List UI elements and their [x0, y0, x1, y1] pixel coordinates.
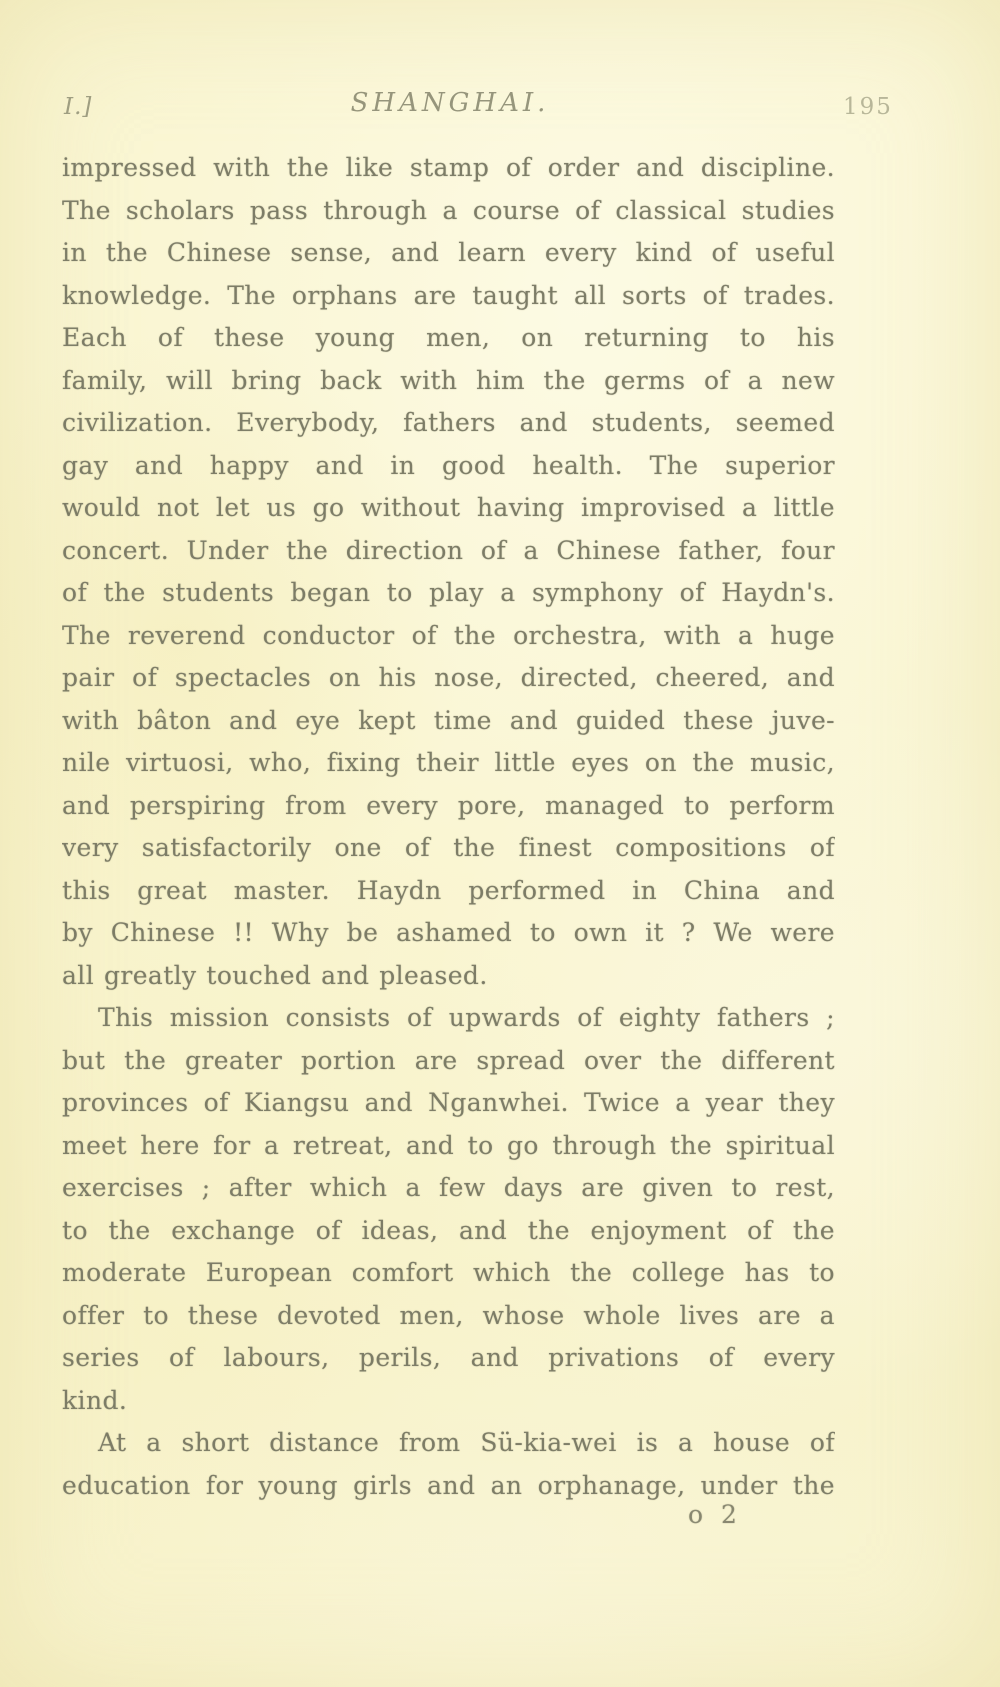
text-line: gay and happy and in good health. The su… [62, 445, 835, 488]
page-number: 195 [843, 94, 893, 120]
text-line: family, will bring back with him the ger… [62, 360, 835, 403]
text-line: and perspiring from every pore, managed … [62, 785, 835, 828]
text-line: of the students began to play a symphony… [62, 572, 835, 615]
text-line: This mission consists of upwards of eigh… [62, 997, 835, 1040]
text-line: all greatly touched and pleased. [62, 955, 835, 998]
text-line: concert. Under the direction of a Chines… [62, 530, 835, 573]
text-line: with bâton and eye kept time and guided … [62, 700, 835, 743]
text-line: very satisfactorily one of the finest co… [62, 827, 835, 870]
printer-signature-mark: o 2 [688, 1500, 737, 1529]
text-line: to the exchange of ideas, and the enjoym… [62, 1210, 835, 1253]
running-header: I.] SHANGHAI. 195 [0, 88, 1000, 128]
text-line: knowledge. The orphans are taught all so… [62, 275, 835, 318]
text-line: At a short distance from Sü-kia-wei is a… [62, 1422, 835, 1465]
text-line: nile virtuosi, who, fixing their little … [62, 742, 835, 785]
text-line: exercises ; after which a few days are g… [62, 1167, 835, 1210]
text-line: civilization. Everybody, fathers and stu… [62, 402, 835, 445]
text-line: this great master. Haydn performed in Ch… [62, 870, 835, 913]
text-line: The scholars pass through a course of cl… [62, 190, 835, 233]
book-page: I.] SHANGHAI. 195 impressed with the lik… [0, 0, 1000, 1687]
text-line: offer to these devoted men, whose whole … [62, 1295, 835, 1338]
text-line: moderate European comfort which the coll… [62, 1252, 835, 1295]
text-line: meet here for a retreat, and to go throu… [62, 1125, 835, 1168]
page-title: SHANGHAI. [0, 88, 900, 118]
body-text: impressed with the like stamp of order a… [62, 147, 835, 1507]
text-line: by Chinese !! Why be ashamed to own it ?… [62, 912, 835, 955]
text-line: Each of these young men, on returning to… [62, 317, 835, 360]
text-line: impressed with the like stamp of order a… [62, 147, 835, 190]
text-line: pair of spectacles on his nose, directed… [62, 657, 835, 700]
text-line: series of labours, perils, and privation… [62, 1337, 835, 1380]
text-line: The reverend conductor of the orchestra,… [62, 615, 835, 658]
text-line: provinces of Kiangsu and Nganwhei. Twice… [62, 1082, 835, 1125]
text-line: in the Chinese sense, and learn every ki… [62, 232, 835, 275]
text-line: kind. [62, 1380, 835, 1423]
text-line: but the greater portion are spread over … [62, 1040, 835, 1083]
text-line: would not let us go without having impro… [62, 487, 835, 530]
